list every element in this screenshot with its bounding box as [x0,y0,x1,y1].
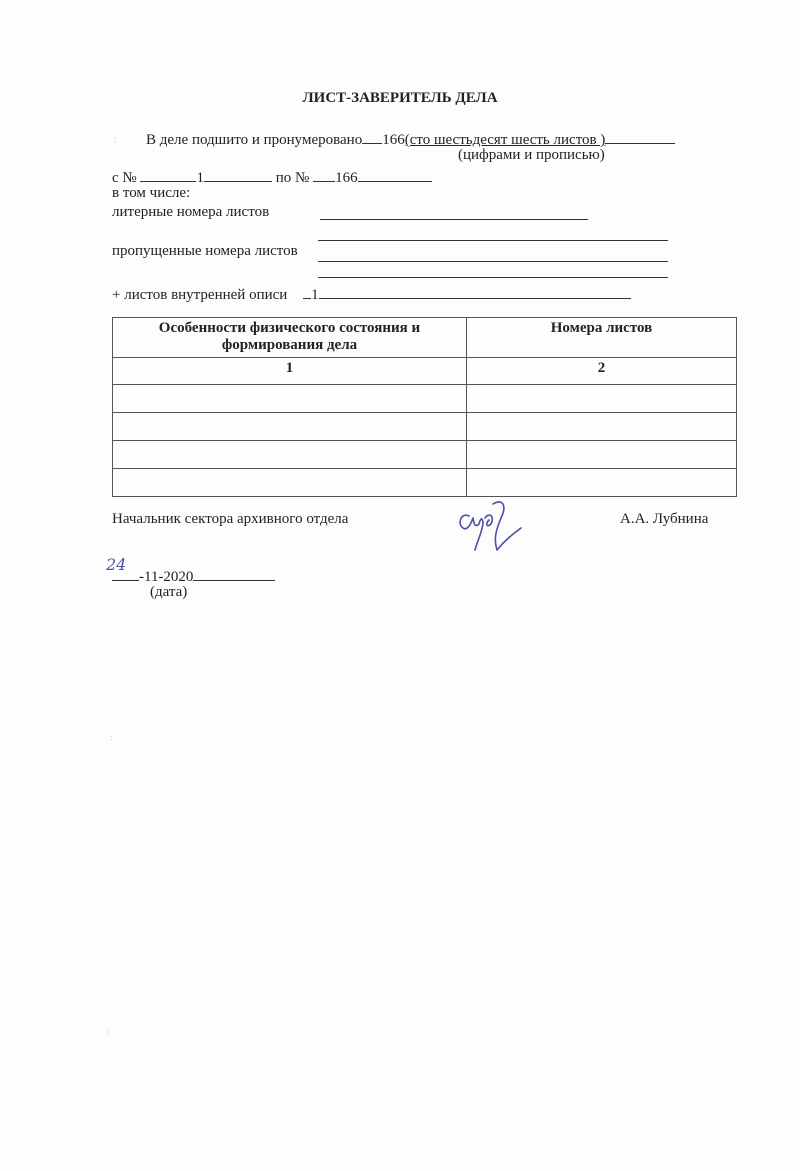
physical-condition-table: Особенности физического состояния и форм… [112,317,737,497]
stitched-words: (сто шестьдесят шесть листов ) [405,132,606,148]
table-row [113,413,737,441]
internal-inventory-value: 1 [311,287,319,303]
blank [319,283,631,299]
date-rest: -11-2020 [139,569,193,585]
letter-numbers-blank-2 [318,240,668,241]
table-row [113,385,737,413]
table-header-row: Особенности физического состояния и форм… [113,318,737,358]
column-header-sheet-numbers: Номера листов [467,318,737,358]
internal-inventory-line: + листов внутренней описи 1 [112,283,631,304]
from-label: с № [112,170,137,186]
skipped-numbers-blank-2 [318,277,668,278]
scan-mark: : [106,1026,109,1036]
date-day-blank: 24 [112,565,139,581]
column-number: 2 [467,358,737,385]
skipped-numbers-blank [318,261,668,262]
blank [193,565,275,581]
table-row [113,441,737,469]
table-column-numbers-row: 1 2 [113,358,737,385]
table-cell [467,441,737,469]
table-cell [113,385,467,413]
table-cell [113,469,467,497]
from-value: 1 [196,170,204,186]
including-label: в том числе: [112,185,190,202]
table-cell [467,469,737,497]
table-cell [113,441,467,469]
scan-mark: : [114,134,117,144]
table-cell [113,413,467,441]
blank [204,166,272,182]
column-number: 1 [113,358,467,385]
table-cell [467,413,737,441]
date-hint: (дата) [150,584,187,601]
signatory-name: А.А. Лубнина [620,511,708,528]
blank [140,166,196,182]
letter-numbers-blank [320,219,588,220]
blank [605,128,675,144]
skipped-numbers-label: пропущенные номера листов [112,243,298,260]
scan-mark: : [110,732,113,742]
stitched-hint: (цифрами и прописью) [458,147,605,164]
table-cell [467,385,737,413]
column-header-features: Особенности физического состояния и форм… [113,318,467,358]
stitched-line: В деле подшито и пронумеровано166(сто ше… [146,128,675,149]
internal-inventory-label: + листов внутренней описи [112,287,287,303]
to-label: по № [276,170,310,186]
blank [358,166,432,182]
letter-numbers-label: литерные номера листов [112,204,269,221]
handwritten-signature-icon [455,498,525,560]
date-day-handwritten: 24 [106,555,126,574]
stitched-prefix: В деле подшито и пронумеровано [146,132,362,148]
date-line: 24 -11-2020 [112,565,275,586]
table-row [113,469,737,497]
range-line: с № 1 по № 166 [112,166,432,187]
to-value: 166 [335,170,358,186]
blank [303,283,311,299]
document-title: ЛИСТ-ЗАВЕРИТЕЛЬ ДЕЛА [0,90,800,107]
blank [362,128,382,144]
signatory-position: Начальник сектора архивного отдела [112,511,348,528]
stitched-count: 166 [382,132,405,148]
blank [313,166,335,182]
